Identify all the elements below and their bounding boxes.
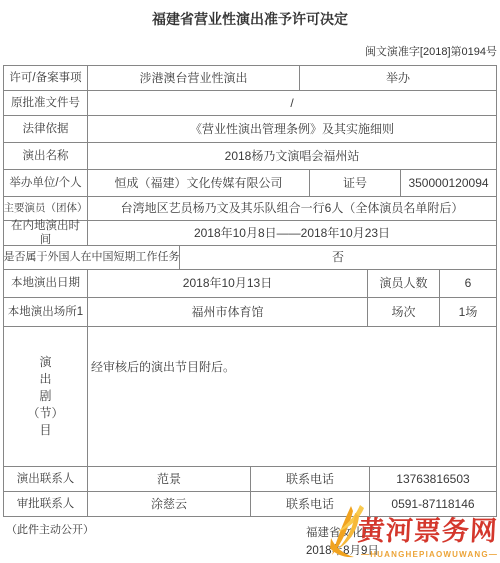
performance-contact-phone-label: 联系电话 bbox=[251, 467, 370, 491]
main-performers-value: 台湾地区艺员杨乃文及其乐队组合一行6人（全体演员名单附后） bbox=[88, 197, 496, 220]
permit-table: 许可/备案事项 涉港澳台营业性演出 举办 原批准文件号 / 法律依据 《营业性演… bbox=[3, 65, 497, 517]
original-doc-no-label: 原批准文件号 bbox=[4, 91, 88, 115]
cert-no-value: 350000120094 bbox=[401, 170, 496, 196]
mainland-period-value: 2018年10月8日——2018年10月23日 bbox=[88, 221, 496, 245]
cert-no-label: 证号 bbox=[310, 170, 401, 196]
table-row: 许可/备案事项 涉港澳台营业性演出 举办 bbox=[4, 66, 496, 91]
table-row: 演 出 剧 （节） 目 经审核后的演出节目附后。 bbox=[4, 327, 496, 467]
table-row: 本地演出场所1 福州市体育馆 场次 1场 bbox=[4, 298, 496, 327]
performer-count-value: 6 bbox=[440, 270, 496, 297]
table-row: 主要演员（团体） 台湾地区艺员杨乃文及其乐队组合一行6人（全体演员名单附后） bbox=[4, 197, 496, 221]
organizer-label: 举办单位/个人 bbox=[4, 170, 88, 196]
permit-item-type: 举办 bbox=[300, 66, 496, 90]
huanghe-ticket-watermark: 黄河票务网 —HUANGHEPIAOWUWANG— bbox=[330, 502, 500, 563]
local-venue-value: 福州市体育馆 bbox=[88, 298, 368, 326]
watermark-tagline: —HUANGHEPIAOWUWANG— bbox=[361, 550, 500, 559]
performance-contact-name: 范景 bbox=[88, 467, 251, 491]
legal-basis-value: 《营业性演出管理条例》及其实施细则 bbox=[88, 116, 496, 142]
approval-contact-label: 审批联系人 bbox=[4, 492, 88, 516]
mainland-period-label: 在内地演出时间 bbox=[4, 221, 88, 245]
document-number: 闽文演准字[2018]第0194号 bbox=[0, 43, 497, 59]
program-label-char: 剧 bbox=[39, 388, 51, 405]
table-row: 是否属于外国人在中国短期工作任务 否 bbox=[4, 246, 496, 270]
program-label-char: 目 bbox=[39, 422, 51, 439]
table-row: 本地演出日期 2018年10月13日 演员人数 6 bbox=[4, 270, 496, 298]
local-date-value: 2018年10月13日 bbox=[88, 270, 368, 297]
performance-name-label: 演出名称 bbox=[4, 143, 88, 169]
sessions-label: 场次 bbox=[368, 298, 440, 326]
page-title: 福建省营业性演出准予许可决定 bbox=[0, 0, 500, 29]
watermark-logo-text: 黄河票务网 bbox=[357, 509, 500, 548]
program-label-char: 演 bbox=[39, 354, 51, 371]
program-label-char: （节） bbox=[27, 405, 63, 422]
table-row: 法律依据 《营业性演出管理条例》及其实施细则 bbox=[4, 116, 496, 143]
table-row: 演出联系人 范景 联系电话 13763816503 bbox=[4, 467, 496, 492]
approval-contact-name: 涂慈云 bbox=[88, 492, 251, 516]
program-label-char: 出 bbox=[39, 371, 51, 388]
legal-basis-label: 法律依据 bbox=[4, 116, 88, 142]
main-performers-label: 主要演员（团体） bbox=[4, 197, 88, 220]
foreigner-short-term-value: 否 bbox=[180, 246, 496, 269]
permit-item-label: 许可/备案事项 bbox=[4, 66, 88, 90]
performance-contact-phone: 13763816503 bbox=[370, 467, 496, 491]
table-row: 举办单位/个人 恒成（福建）文化传媒有限公司 证号 350000120094 bbox=[4, 170, 496, 197]
sessions-value: 1场 bbox=[440, 298, 496, 326]
program-label: 演 出 剧 （节） 目 bbox=[4, 327, 88, 466]
organizer-value: 恒成（福建）文化传媒有限公司 bbox=[88, 170, 310, 196]
table-row: 在内地演出时间 2018年10月8日——2018年10月23日 bbox=[4, 221, 496, 246]
original-doc-no-value: / bbox=[88, 91, 496, 115]
foreigner-short-term-label: 是否属于外国人在中国短期工作任务 bbox=[4, 246, 180, 269]
performance-contact-label: 演出联系人 bbox=[4, 467, 88, 491]
performer-count-label: 演员人数 bbox=[368, 270, 440, 297]
permit-item-value: 涉港澳台营业性演出 bbox=[88, 66, 300, 90]
table-row: 演出名称 2018杨乃文演唱会福州站 bbox=[4, 143, 496, 170]
table-row: 原批准文件号 / bbox=[4, 91, 496, 116]
document-page: 福建省营业性演出准予许可决定 闽文演准字[2018]第0194号 许可/备案事项… bbox=[0, 0, 500, 563]
local-date-label: 本地演出日期 bbox=[4, 270, 88, 297]
performance-name-value: 2018杨乃文演唱会福州站 bbox=[88, 143, 496, 169]
local-venue-label: 本地演出场所1 bbox=[4, 298, 88, 326]
program-value: 经审核后的演出节目附后。 bbox=[88, 327, 496, 466]
